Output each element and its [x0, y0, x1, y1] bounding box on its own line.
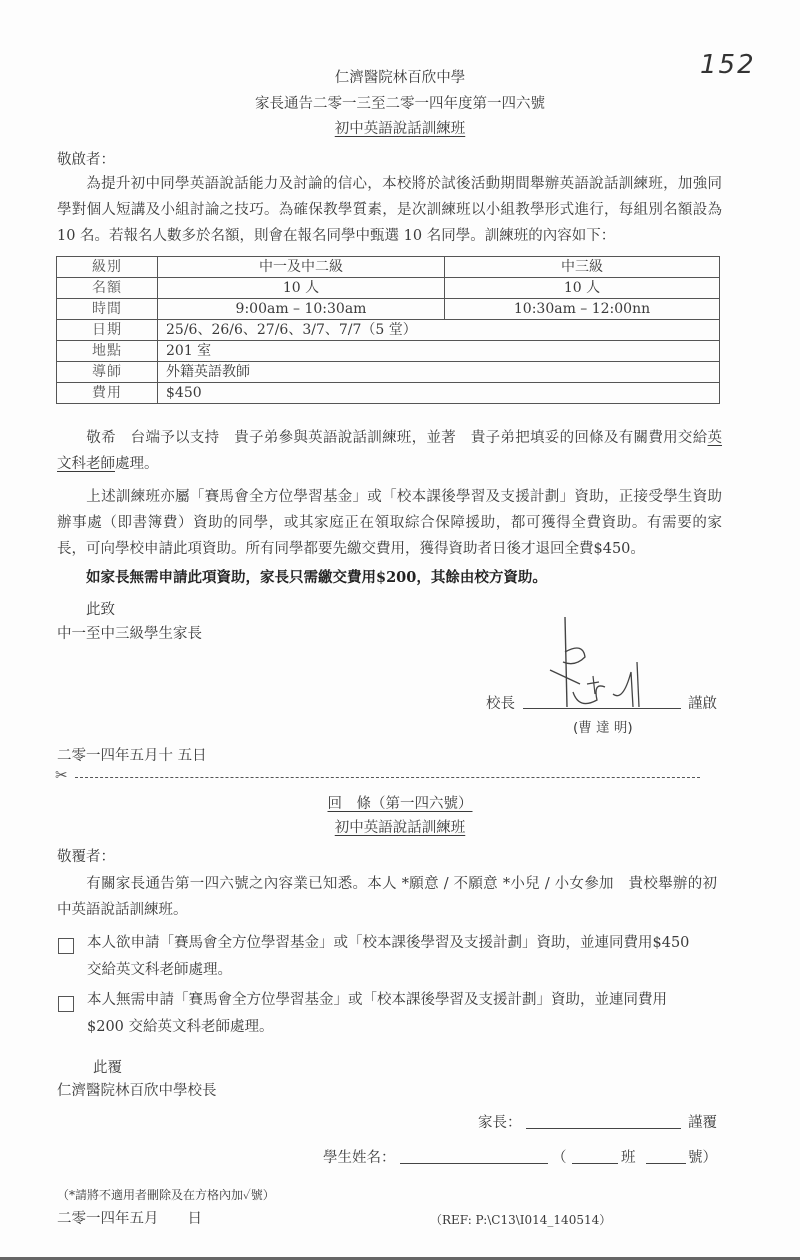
row-label: 費用: [57, 383, 158, 404]
paragraph-subsidy-text: 上述訓練班亦屬「賽馬會全方位學習基金」或「校本課後學習及支援計劃」資助，正接受學…: [57, 489, 722, 557]
paragraph-fee-note: 如家長無需申請此項資助，家長只需繳交費用$200，其餘由校方資助。: [57, 565, 722, 591]
principal-label: 校長: [486, 694, 515, 714]
row-label: 日期: [57, 320, 158, 341]
cell-s3: 10 人: [445, 278, 720, 299]
table-row: 日期 25/6、26/6、27/6、3/7、7/7（5 堂）: [57, 320, 720, 341]
paragraph-support: 敬希 台端予以支持 貴子弟參與英語說話訓練班，並著 貴子弟把填妥的回條及有關費用…: [57, 425, 722, 477]
cell-s1-s2: 9:00am – 10:30am: [158, 299, 445, 320]
table-row: 導師 外籍英語教師: [57, 362, 720, 383]
reply-recipient: 仁濟醫院林百欣中學校長: [57, 1081, 217, 1101]
notice-subject: 初中英語說話訓練班: [0, 119, 800, 139]
number-label: 號）: [688, 1148, 717, 1168]
option-not-apply-line2: $200 交給英文科老師處理。: [87, 1017, 274, 1037]
reply-slip-title-text: 回 條（第一四六號）: [328, 796, 473, 812]
reference-code: （REF: P:\C13\I014_140514）: [430, 1210, 611, 1230]
subsidy-not-apply-checkbox[interactable]: [58, 996, 74, 1012]
instruction-note: （*請將不適用者刪除及在方格內加✓號）: [57, 1185, 275, 1205]
student-name-field[interactable]: [400, 1163, 548, 1164]
school-name: 仁濟醫院林百欣中學: [0, 68, 800, 88]
signature-scribble-icon: [535, 612, 665, 712]
row-label: 時間: [57, 299, 158, 320]
table-row: 名額 10 人 10 人: [57, 278, 720, 299]
reply-closing: 此覆: [93, 1058, 122, 1078]
table-row: 級別 中一及中二級 中三級: [57, 257, 720, 278]
class-field[interactable]: [572, 1163, 618, 1164]
row-label: 地點: [57, 341, 158, 362]
paragraph-subsidy: 上述訓練班亦屬「賽馬會全方位學習基金」或「校本課後學習及支援計劃」資助，正接受學…: [57, 484, 722, 562]
subsidy-apply-checkbox[interactable]: [58, 938, 74, 954]
row-label: 級別: [57, 257, 158, 278]
cell-value: 201 室: [158, 341, 720, 362]
parent-reply: 謹覆: [688, 1113, 717, 1133]
principal-name: (曹 達 明): [573, 718, 633, 738]
notice-title: 家長通告二零一三至二零一四年度第一四六號: [0, 94, 800, 114]
principal-respectfully: 謹啟: [688, 694, 717, 714]
paragraph-support-end: 處理。: [115, 456, 159, 472]
table-row: 時間 9:00am – 10:30am 10:30am – 12:00nn: [57, 299, 720, 320]
paragraph-intro-text: 為提升初中同學英語說話能力及討論的信心，本校將於試後活動期間舉辦英語說話訓練班，…: [57, 176, 722, 244]
scissors-icon: ✂: [55, 766, 68, 784]
letter-closing: 此致: [86, 600, 115, 620]
option-not-apply-line1: 本人無需申請「賽馬會全方位學習基金」或「校本課後學習及支援計劃」資助，並連同費用: [87, 990, 667, 1010]
cell-value: 25/6、26/6、27/6、3/7、7/7（5 堂）: [158, 320, 720, 341]
option-apply-line1: 本人欲申請「賽馬會全方位學習基金」或「校本課後學習及支援計劃」資助，並連同費用$…: [87, 933, 689, 953]
paragraph-fee-note-text: 如家長無需申請此項資助，家長只需繳交費用$200，其餘由校方資助。: [86, 569, 547, 586]
row-label: 導師: [57, 362, 158, 383]
parent-label: 家長：: [478, 1113, 522, 1133]
parent-signature-field[interactable]: [526, 1128, 681, 1129]
student-name-label: 學生姓名：: [323, 1148, 396, 1168]
letter-recipient: 中一至中三級學生家長: [57, 624, 202, 644]
row-label: 名額: [57, 278, 158, 299]
table-row: 費用 $450: [57, 383, 720, 404]
principal-signature-line: [523, 708, 681, 709]
reply-slip-subject-text: 初中英語說話訓練班: [335, 820, 466, 836]
reply-date: 二零一四年五月 日: [57, 1209, 202, 1229]
open-paren: （: [552, 1148, 567, 1168]
table-row: 地點 201 室: [57, 341, 720, 362]
cell-value: 外籍英語教師: [158, 362, 720, 383]
cut-line: [75, 777, 700, 778]
principal-signature: [535, 612, 665, 712]
letter-salutation: 敬啟者：: [57, 150, 115, 170]
reply-statement: 有關家長通告第一四六號之內容業已知悉。本人 *願意 / 不願意 *小兒 / 小女…: [57, 871, 717, 923]
reply-salutation: 敬覆者：: [57, 847, 115, 867]
cell-s1-s2: 10 人: [158, 278, 445, 299]
reply-slip-subject: 初中英語說話訓練班: [0, 818, 800, 838]
paragraph-intro: 為提升初中同學英語說話能力及討論的信心，本校將於試後活動期間舉辦英語說話訓練班，…: [57, 171, 722, 249]
option-apply-line2: 交給英文科老師處理。: [87, 960, 232, 980]
cell-s1-s2: 中一及中二級: [158, 257, 445, 278]
cell-s3: 10:30am – 12:00nn: [445, 299, 720, 320]
paragraph-support-text: 敬希 台端予以支持 貴子弟參與英語說話訓練班，並著 貴子弟把填妥的回條及有關費用…: [86, 430, 708, 446]
class-label: 班: [621, 1148, 636, 1168]
notice-subject-text: 初中英語說話訓練班: [335, 121, 466, 137]
reply-slip-title: 回 條（第一四六號）: [0, 794, 800, 814]
letter-date: 二零一四年五月十 五日: [57, 746, 207, 766]
cell-value: $450: [158, 383, 720, 404]
student-number-field[interactable]: [646, 1163, 686, 1164]
course-info-table: 級別 中一及中二級 中三級 名額 10 人 10 人 時間 9:00am – 1…: [56, 256, 720, 404]
reply-statement-text: 有關家長通告第一四六號之內容業已知悉。本人 *願意 / 不願意 *小兒 / 小女…: [57, 876, 717, 918]
cell-s3: 中三級: [445, 257, 720, 278]
